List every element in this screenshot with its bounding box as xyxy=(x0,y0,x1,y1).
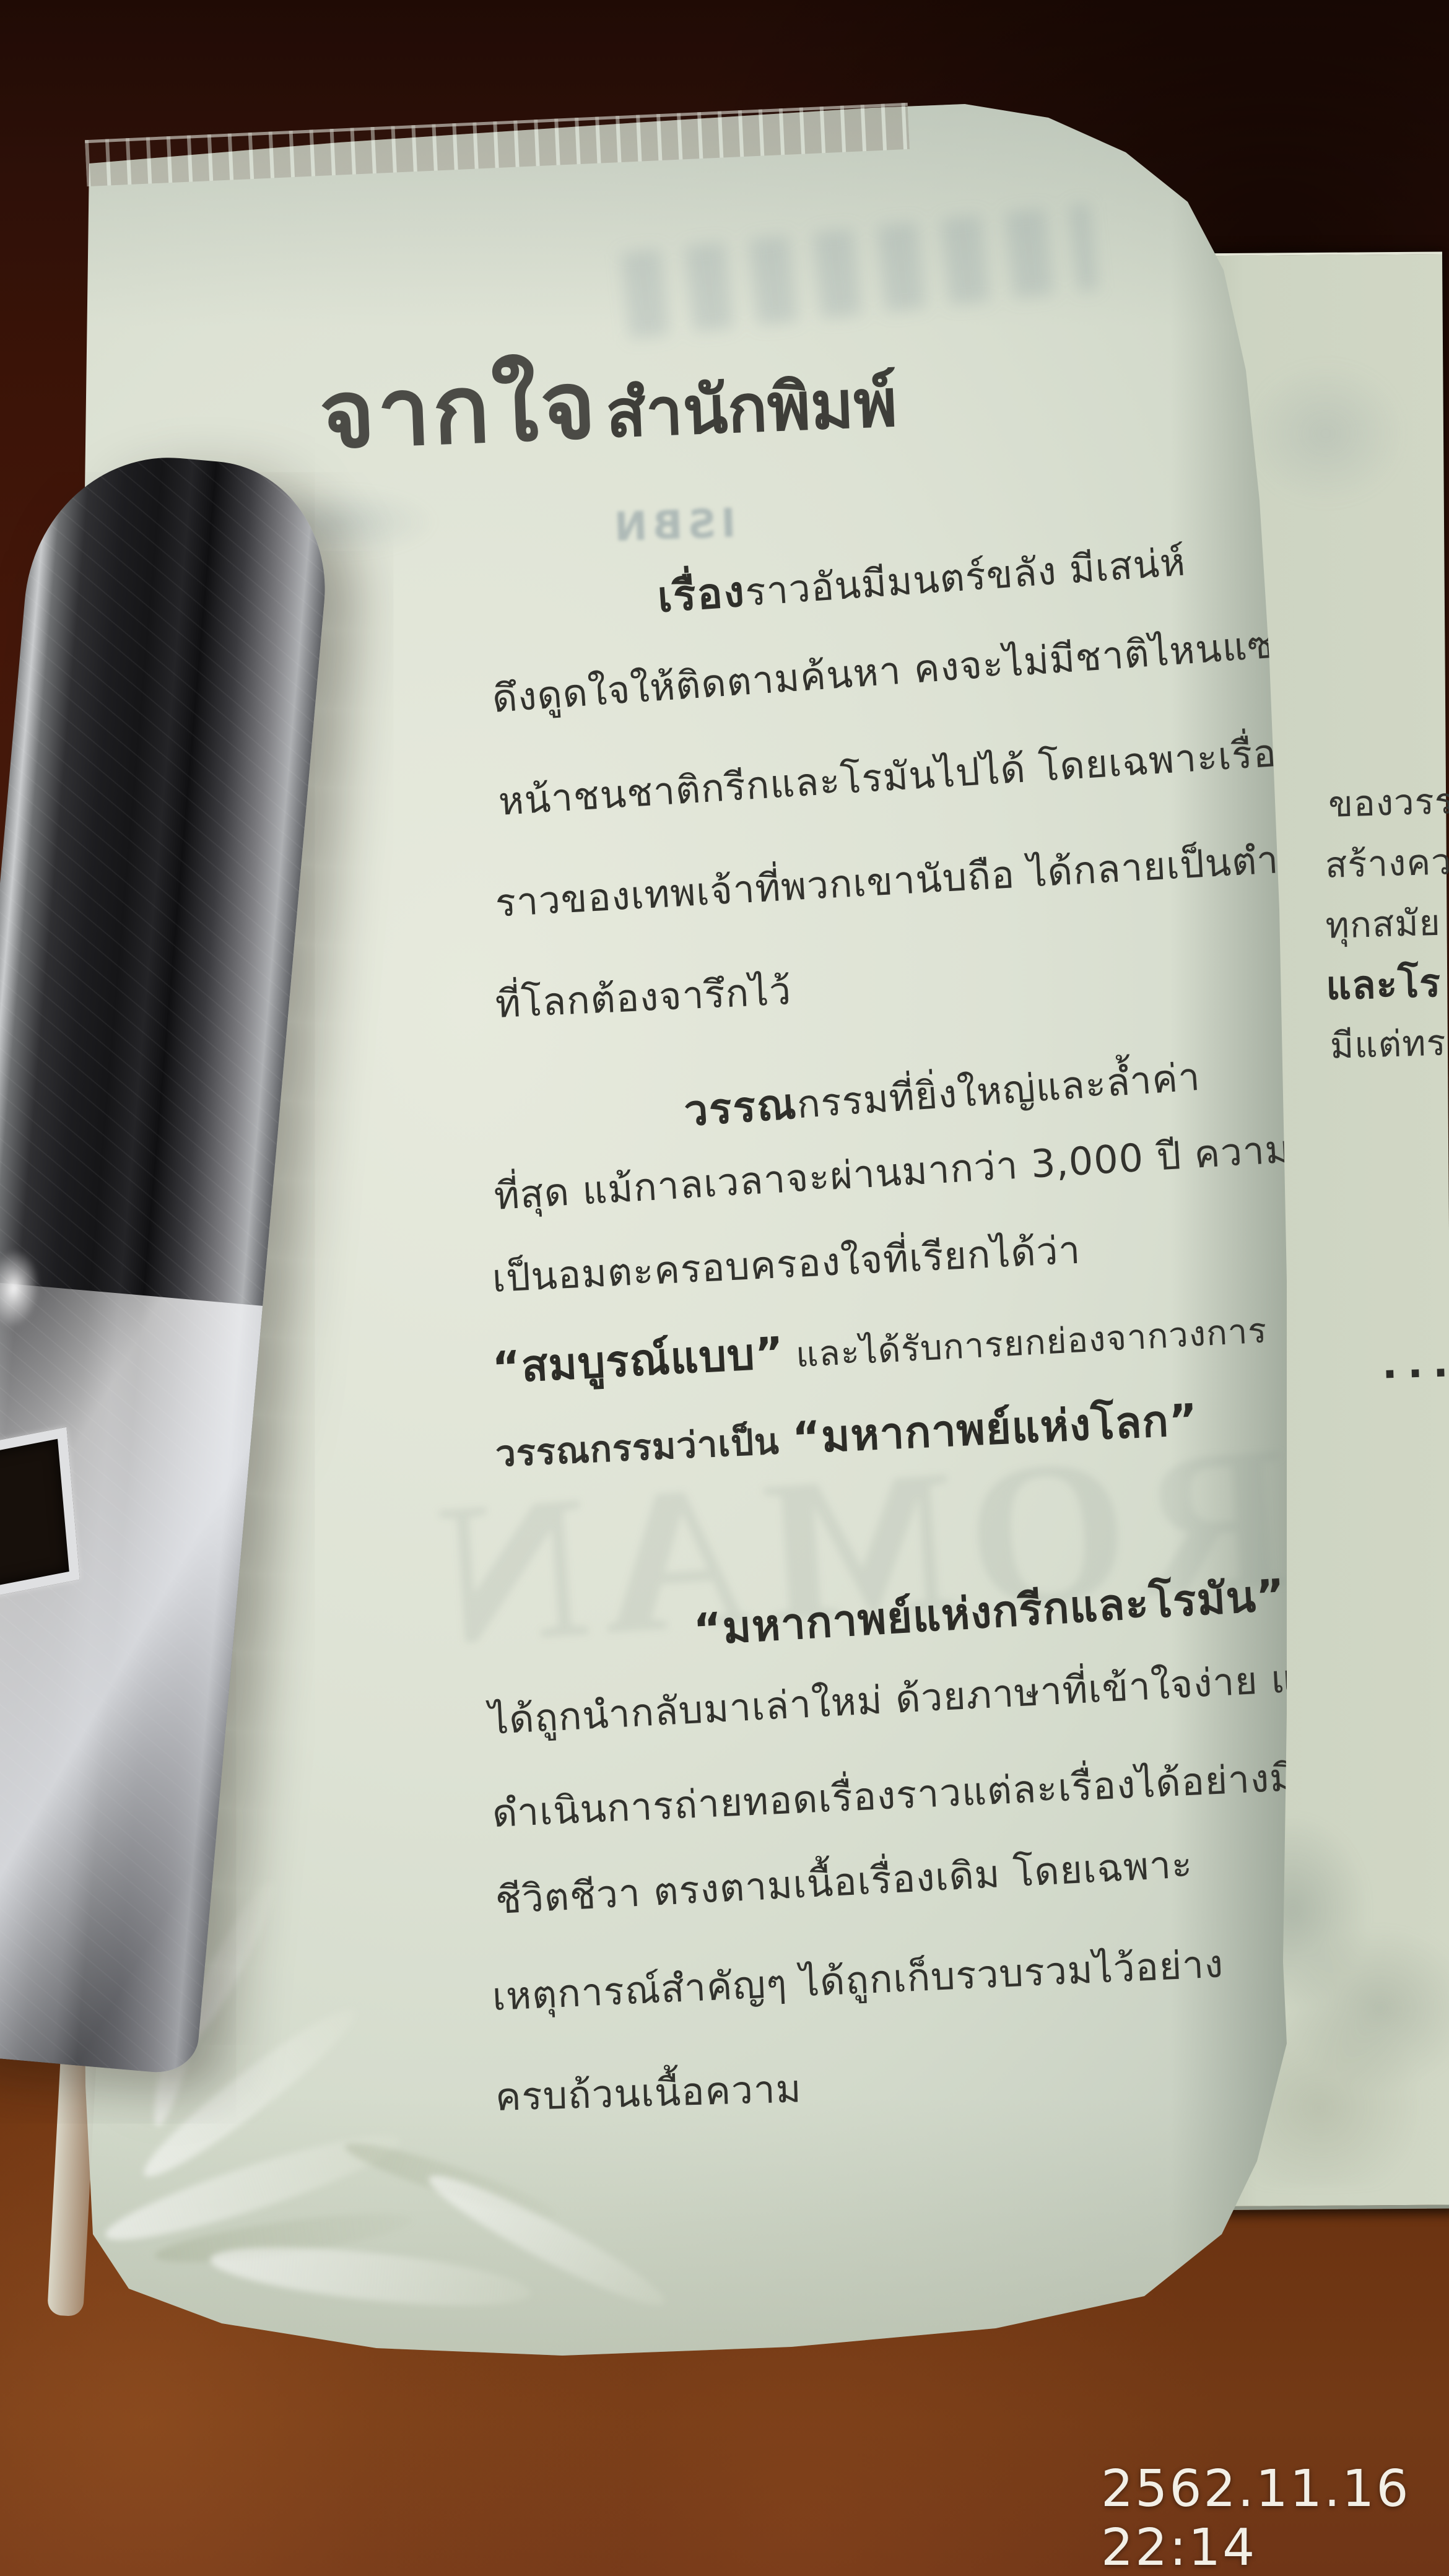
right-page-text-fragment: สร้างคว xyxy=(1325,832,1449,894)
paragraph3-line4: เหตุการณ์สำคัญๆ ได้ถูกเก็บรวบรวมไว้อย่าง xyxy=(491,1933,1225,2027)
right-page-text-fragment: ของวรร xyxy=(1328,772,1449,833)
paragraph2-line2: ที่สุด แม้กาลเวลาจะผ่านมากว่า 3,000 ปี ค… xyxy=(492,1119,1292,1227)
camera-timestamp: 2562.11.16 22:14 xyxy=(1101,2460,1449,2576)
leaf-watermark xyxy=(207,2236,533,2317)
paragraph1-line4: ราวของเทพเจ้าที่พวกเขานับถือ ได้กลายเป็น… xyxy=(494,825,1356,934)
plastic-cover-left-edge xyxy=(47,2030,98,2317)
paragraph1-line1-rest: ราวอันมีมนตร์ขลัง มีเสน่ห์ xyxy=(744,539,1187,615)
paragraph2-line4-rest: และได้รับการยกย่องจากวงการ xyxy=(783,1310,1268,1376)
page-title: จากใจสำนักพิมพ์ xyxy=(317,317,900,489)
paragraph3-line5: ครบถ้วนเนื้อความ xyxy=(495,2058,803,2128)
paragraph2-lead-word: วรรณ xyxy=(682,1079,798,1136)
right-page-text-fragment: มีแต่ทร xyxy=(1329,1014,1447,1074)
photo-scene-wood-table: ของวรร สร้างคว ทุกสมัย และโร มีแต่ทร ...… xyxy=(0,0,1449,2576)
paragraph1-line5: ที่โลกต้องจารึกไว้ xyxy=(494,960,793,1035)
metal-clip-cutout xyxy=(0,1427,80,1601)
right-page-text-fragment: ทุกสมัย xyxy=(1325,894,1441,954)
quote-epic-of-the-world: “มหากาพย์แห่งโลก” xyxy=(791,1395,1199,1464)
paragraph1-line2: ดึงดูดใจให้ติดตามค้นหา คงจะไม่มีชาติไหนแ… xyxy=(490,613,1295,729)
paragraph2-line1-rest: กรรมที่ยิ่งใหญ่และล้ำค่า xyxy=(796,1054,1202,1127)
quote-somboonbaab: “สมบูรณ์แบบ” xyxy=(491,1327,785,1393)
paragraph1-lead-word: เรื่อง xyxy=(656,567,747,622)
page-title-lead: จากใจ xyxy=(318,350,600,470)
page-title-rest: สำนักพิมพ์ xyxy=(604,365,899,452)
paragraph1-line3: หน้าชนชาติกรีกและโรมันไปได้ โดยเฉพาะเรื่… xyxy=(497,721,1298,832)
right-page-ellipsis: ... xyxy=(1381,1338,1449,1388)
paragraph3-line2: ดำเนินการถ่ายทอดเรื่องราวแต่ละเรื่องได้อ… xyxy=(491,1747,1297,1844)
paragraph2-line3: เป็นอมตะครอบครองใจที่เรียกได้ว่า xyxy=(491,1220,1082,1309)
paragraph2-line5-lead: วรรณกรรมว่าเป็น xyxy=(495,1419,794,1475)
showthrough-isbn-mirrored: ISBN xyxy=(609,500,737,550)
paragraph3-line3: ชีวิตชีวา ตรงตามเนื้อเรื่องเดิม โดยเฉพาะ xyxy=(494,1834,1194,1931)
paragraph2-line4: “สมบูรณ์แบบ” และได้รับการยกย่องจากวงการ xyxy=(490,1293,1269,1402)
right-page-text-fragment-bold: และโร xyxy=(1325,952,1442,1017)
